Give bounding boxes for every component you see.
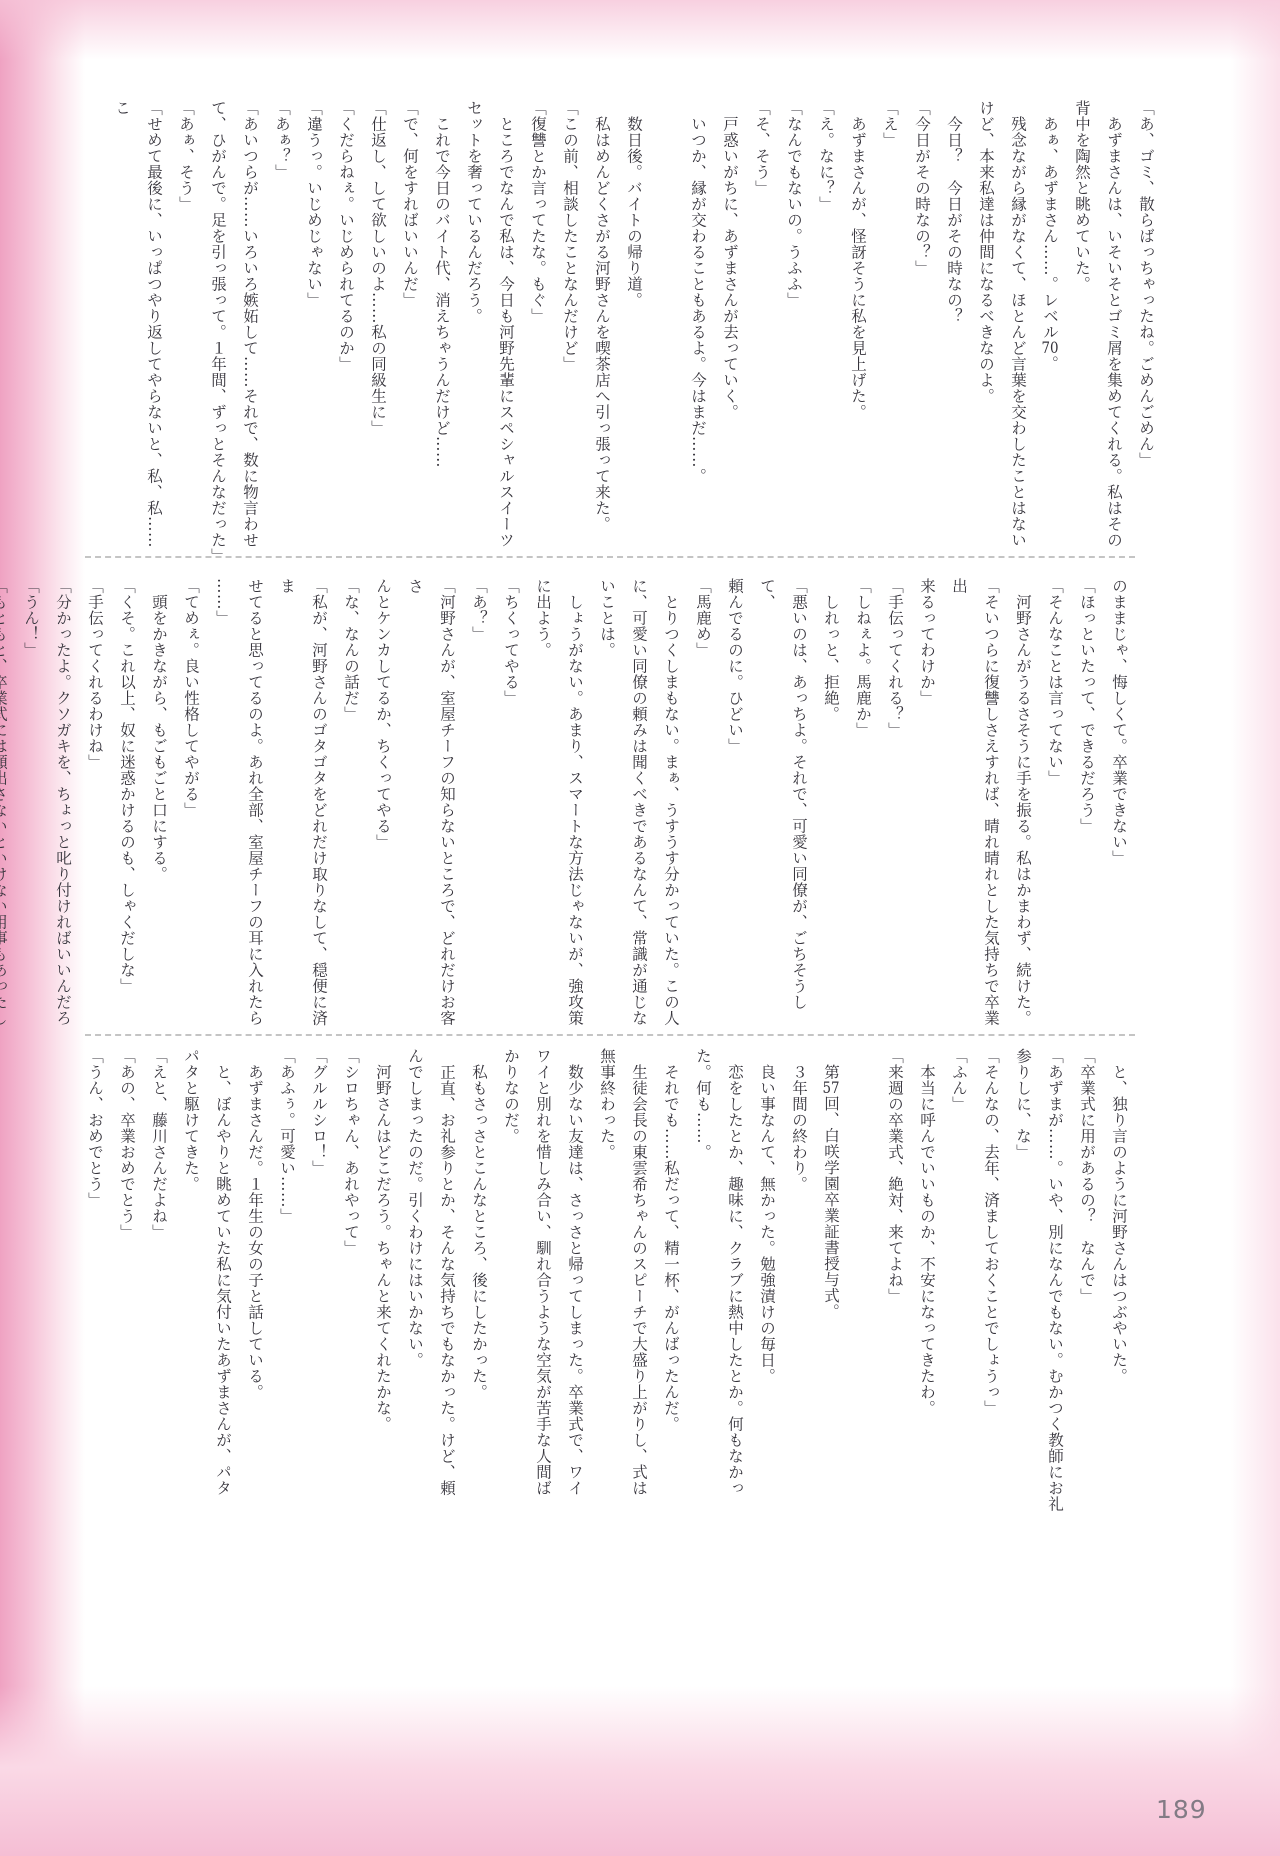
book-page: 「あ、ゴミ、散らばっちゃったね。ごめんごめん」 あずまさんは、いそいそとゴミ屑を… (0, 0, 1280, 1856)
text-line: 「ちくってやる」 (495, 578, 527, 1038)
text-line: 頭をかきながら、もごもごと口にする。 (143, 578, 175, 1038)
text-line: 「河野さんが、室屋チーフの知らないところで、どれだけお客さ (399, 578, 463, 1038)
text-line: 第57回、白咲学園卒業証書授与式。 (815, 1048, 847, 1548)
text-line: 頼んでるのに。ひどい」 (719, 578, 751, 1038)
text-line: 「くそ。これ以上、奴に迷惑かけるのも、しゃくだしな」 (111, 578, 143, 1038)
pink-border-bottom (0, 1686, 1280, 1856)
text-line: それでも……私だって、精一杯、がんばったんだ。 (655, 1048, 687, 1548)
text-line: 私はめんどくさがる河野さんを喫茶店へ引っ張って来た。 (586, 100, 618, 562)
text-line: 「分かったよ。クソガキを、ちょっと叱り付ければいいんだろ (47, 578, 79, 1038)
scene-break (847, 1048, 879, 1548)
text-line: んでしまったのだ。引くわけにはいかない。 (399, 1048, 431, 1548)
text-line: 「しねぇよ。馬鹿か」 (847, 578, 879, 1038)
text-line: のままじゃ、悔しくて。卒業できない」 (1103, 578, 1135, 1038)
text-line: とりつくしまもない。まぁ、うすうす分かっていた。この人 (655, 578, 687, 1038)
text-line: 「うん！」 (15, 578, 47, 1038)
text-section-3: と、独り言のように河野さんはつぶやいた。「卒業式に用があるの？ なんで」「あずま… (79, 1048, 1135, 1548)
text-line: 「手伝ってくれる？」 (879, 578, 911, 1038)
text-line: 「この前、相談したことなんだけど」 (554, 100, 586, 562)
pink-border-top (0, 0, 1280, 60)
text-line: あずまさんは、いそいそとゴミ屑を集めてくれる。私はその (1098, 100, 1130, 562)
text-line: けど、本来私達は仲間になるべきなのよ。 (970, 100, 1002, 562)
text-line: あずまさんだ。１年生の女の子と話している。 (239, 1048, 271, 1548)
text-line: 数少ない友達は、さっさと帰ってしまった。卒業式で、ワイ (559, 1048, 591, 1548)
text-line: 「グルルシロ！」 (303, 1048, 335, 1548)
text-line: 「で、何をすればいいんだ」 (394, 100, 426, 562)
text-line: ３年間の終わり。 (783, 1048, 815, 1548)
text-line: いことは。 (591, 578, 623, 1038)
text-line: しょうがない。あまり、スマートな方法じゃないが、強攻策 (559, 578, 591, 1038)
scene-break (650, 100, 682, 562)
text-line: 「馬鹿め」 (687, 578, 719, 1038)
text-line: 参りしに、な」 (1007, 1048, 1039, 1548)
text-line: 背中を陶然と眺めていた。 (1066, 100, 1098, 562)
dashed-divider-2 (85, 1034, 1135, 1036)
text-line: パタと駆けてきた。 (175, 1048, 207, 1548)
text-line: 「え」 (874, 100, 906, 562)
text-line: 「そ、そう」 (746, 100, 778, 562)
text-line: 「シロちゃん、あれやって」 (335, 1048, 367, 1548)
text-line: 正直、お礼参りとか、そんな気持ちでもなかった。けど、頼 (431, 1048, 463, 1548)
text-line: 良い事なんて、無かった。勉強漬けの毎日。 (751, 1048, 783, 1548)
text-line: 「あ？」 (463, 578, 495, 1038)
text-line: に出よう。 (527, 578, 559, 1038)
text-line: あぁ、あずまさん……。レベル70。 (1034, 100, 1066, 562)
text-line: 戸惑いがちに、あずまさんが去っていく。 (714, 100, 746, 562)
text-section-1: 「あ、ゴミ、散らばっちゃったね。ごめんごめん」 あずまさんは、いそいそとゴミ屑を… (106, 100, 1162, 562)
text-line: ところでなんで私は、今日も河野先輩にスペシャルスイーツ (490, 100, 522, 562)
text-line: 生徒会長の東雲希ちゃんのスピーチで大盛り上がりし、式は (623, 1048, 655, 1548)
text-line: 「あふぅ。可愛い……」 (271, 1048, 303, 1548)
tcy-number: 57 (822, 1080, 840, 1096)
page-number: 189 (1156, 1795, 1207, 1824)
text-line: 「えと、藤川さんだよね」 (143, 1048, 175, 1548)
tcy-number: 70 (1041, 340, 1059, 356)
text-line: 河野さんはどこだろう。ちゃんと来てくれたかな。 (367, 1048, 399, 1548)
text-line: 「あの、卒業おめでとう」 (111, 1048, 143, 1548)
text-line: 「くだらねぇ。いじめられてるのか」 (330, 100, 362, 562)
text-line: ワイと別れを惜しみ合い、馴れ合うような空気が苦手な人間ば (527, 1048, 559, 1548)
text-line: て、ひがんで。足を引っ張って。１年間、ずっとそんなだった」 (202, 100, 234, 562)
text-line: 「ほっといたって、できるだろう」 (1071, 578, 1103, 1038)
text-line: 「あぁ、そう」 (170, 100, 202, 562)
text-line: 「もともと、卒業式には顔出さないといけない用事もあったし (0, 578, 15, 1038)
text-line: せてると思ってるのよ。あれ全部、室屋チーフの耳に入れたら (239, 578, 271, 1038)
text-line: 恋をしたとか、趣味に、クラブに熱中したとか。何もなかっ (719, 1048, 751, 1548)
text-line: 河野さんがうるさそうに手を振る。私はかまわず、続けた。 (1007, 578, 1039, 1038)
text-line: 「復讐とか言ってたな。もぐ」 (522, 100, 554, 562)
text-line: 来るってわけか」 (911, 578, 943, 1038)
pink-border-right (1230, 0, 1280, 1856)
text-line: かりなのだ。 (495, 1048, 527, 1548)
text-line: 数日後。バイトの帰り道。 (618, 100, 650, 562)
text-line: 「あいつらが……いろいろ嫉妬して……それで、数に物言わせ (234, 100, 266, 562)
text-line: 私もさっさとこんなところ、後にしたかった。 (463, 1048, 495, 1548)
text-line: 「来週の卒業式、絶対、来てよね」 (879, 1048, 911, 1548)
text-line: ……」 (207, 578, 239, 1038)
text-line: 「そいつらに復讐しさえすれば、晴れ晴れとした気持ちで卒業出 (943, 578, 1007, 1038)
text-line: 「なんでもないの。うふふ」 (778, 100, 810, 562)
text-line: セットを奢っているんだろう。 (458, 100, 490, 562)
text-line: 「卒業式に用があるの？ なんで」 (1071, 1048, 1103, 1548)
text-line: 「な、なんの話だ」 (335, 578, 367, 1038)
text-line: 「あずまが……。いや、別になんでもない。むかつく教師にお礼 (1039, 1048, 1071, 1548)
text-line: あずまさんが、怪訝そうに私を見上げた。 (842, 100, 874, 562)
text-line: 「今日がその時なの？」 (906, 100, 938, 562)
text-line: 「あ、ゴミ、散らばっちゃったね。ごめんごめん」 (1130, 100, 1162, 562)
text-line: 残念ながら縁がなくて、ほとんど言葉を交わしたことはない (1002, 100, 1034, 562)
text-line: に、可愛い同僚の頼みは聞くべきであるなんて、常識が通じな (623, 578, 655, 1038)
text-line: 本当に呼んでいいものか、不安になってきたわ。 (911, 1048, 943, 1548)
text-line: 「あぁ？」 (266, 100, 298, 562)
text-line: 「私が、河野さんのゴタゴタをどれだけ取りなして、穏便に済ま (271, 578, 335, 1038)
text-line: 「せめて最後に、いっぱつやり返してやらないと、私、私……こ (106, 100, 170, 562)
text-line: これで今日のバイト代、消えちゃうんだけど…… (426, 100, 458, 562)
text-line: た。何も……。 (687, 1048, 719, 1548)
text-line: 「てめぇ。良い性格してやがる」 (175, 578, 207, 1038)
text-line: 無事終わった。 (591, 1048, 623, 1548)
text-line: と、独り言のように河野さんはつぶやいた。 (1103, 1048, 1135, 1548)
text-line: しれっと、拒絶。 (815, 578, 847, 1038)
text-line: 「ふん」 (943, 1048, 975, 1548)
text-line: 「え。なに？」 (810, 100, 842, 562)
text-line: 「仕返し、して欲しいのよ……私の同級生に」 (362, 100, 394, 562)
text-line: 今日？ 今日がその時なの？ (938, 100, 970, 562)
text-line: 「違うっ。いじめじゃない」 (298, 100, 330, 562)
text-section-2: のままじゃ、悔しくて。卒業できない」「ほっといたって、できるだろう」「そんなこと… (0, 578, 1135, 1038)
text-line: いつか、縁が交わることもあるよ。今はまだ……。 (682, 100, 714, 562)
dashed-divider-1 (85, 556, 1135, 558)
text-line: 「手伝ってくれるわけね」 (79, 578, 111, 1038)
text-line: と、ぼんやりと眺めていた私に気付いたあずまさんが、パタ (207, 1048, 239, 1548)
text-line: 「うん、おめでとう」 (79, 1048, 111, 1548)
text-line: 「悪いのは、あっちよ。それで、可愛い同僚が、ごちそうして、 (751, 578, 815, 1038)
text-line: 「そんなの、去年、済ましておくことでしょうっ」 (975, 1048, 1007, 1548)
text-line: んとケンカしてるか、ちくってやる」 (367, 578, 399, 1038)
text-line: 「そんなことは言ってない」 (1039, 578, 1071, 1038)
